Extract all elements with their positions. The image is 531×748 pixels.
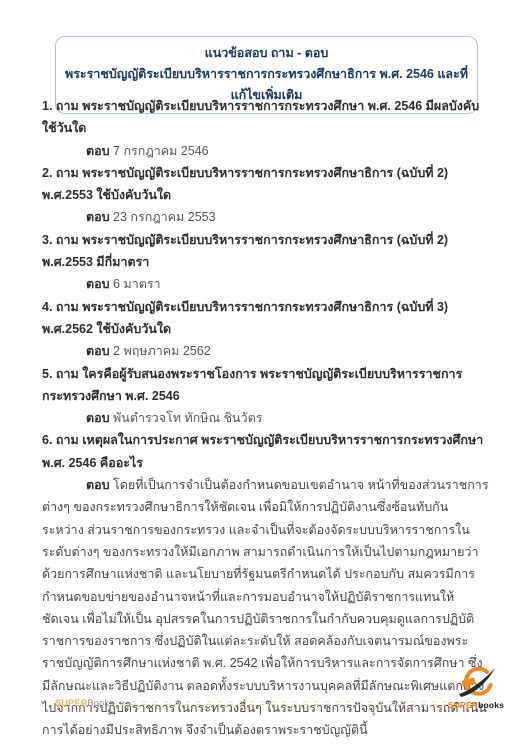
- answer-value: 23 กรกฎาคม 2553: [113, 210, 216, 224]
- question-text: 3. ถาม พระราชบัญญัติระเบียบบริหารราชการก…: [42, 229, 490, 274]
- question-text: 4. ถาม พระราชบัญญัติระเบียบบริหารราชการก…: [42, 296, 490, 341]
- footer-brand-line: SUPERBooks = = = = = = = = = = = = = = =…: [55, 698, 447, 708]
- footer-dashed-rule: = = = = = = = = = = = = = = = = = = = = …: [120, 698, 447, 708]
- answer-text: ตอบ 6 มาตรา: [42, 273, 490, 295]
- logo-text-super: SUPER: [448, 700, 478, 710]
- qa-item: 5. ถาม ใครคือผู้รับสนองพระราชโองการ พระร…: [42, 363, 490, 430]
- question-text: 5. ถาม ใครคือผู้รับสนองพระราชโองการ พระร…: [42, 363, 490, 408]
- footer-brand-super: SUPER: [55, 698, 88, 708]
- question-text: 1. ถาม พระราชบัญญัติระเบียบบริหารราชการก…: [42, 95, 490, 140]
- answer-label: ตอบ: [86, 210, 110, 224]
- logo-text-books: books: [478, 700, 504, 710]
- qa-item: 1. ถาม พระราชบัญญัติระเบียบบริหารราชการก…: [42, 95, 490, 162]
- answer-label: ตอบ: [86, 144, 110, 158]
- answer-text: ตอบ 23 กรกฎาคม 2553: [42, 206, 490, 228]
- answer-value: พันตำรวจโท ทักษิณ ชินวัตร: [113, 411, 262, 425]
- qa-item: 6. ถาม เหตุผลในการประกาศ พระราชบัญญัติระ…: [42, 429, 490, 741]
- answer-text: ตอบ 2 พฤษภาคม 2562: [42, 340, 490, 362]
- qa-item: 4. ถาม พระราชบัญญัติระเบียบบริหารราชการก…: [42, 296, 490, 363]
- answer-label: ตอบ: [86, 411, 110, 425]
- question-text: 6. ถาม เหตุผลในการประกาศ พระราชบัญญัติระ…: [42, 429, 490, 474]
- qa-item: 2. ถาม พระราชบัญญัติระเบียบบริหารราชการก…: [42, 162, 490, 229]
- answer-label: ตอบ: [86, 478, 110, 492]
- footer-brand-books: Books: [88, 698, 115, 708]
- answer-text: ตอบ 7 กรกฎาคม 2546: [42, 140, 490, 162]
- qa-item: 3. ถาม พระราชบัญญัติระเบียบบริหารราชการก…: [42, 229, 490, 296]
- answer-value: 2 พฤษภาคม 2562: [113, 344, 211, 358]
- answer-label: ตอบ: [86, 277, 110, 291]
- answer-label: ตอบ: [86, 344, 110, 358]
- answer-value: 7 กรกฎาคม 2546: [113, 144, 209, 158]
- answer-text: ตอบ พันตำรวจโท ทักษิณ ชินวัตร: [42, 407, 490, 429]
- question-text: 2. ถาม พระราชบัญญัติระเบียบบริหารราชการก…: [42, 162, 490, 207]
- header-title-line1: แนวข้อสอบ ถาม - ตอบ: [64, 43, 469, 64]
- qa-content: 1. ถาม พระราชบัญญัติระเบียบบริหารราชการก…: [42, 95, 490, 742]
- document-page: แนวข้อสอบ ถาม - ตอบ พระราชบัญญัติระเบียบ…: [0, 0, 531, 748]
- superbooks-logo: SUPERbooks: [445, 666, 507, 710]
- superbooks-logo-text: SUPERbooks: [445, 700, 507, 710]
- answer-value: 6 มาตรา: [113, 277, 161, 291]
- superbooks-swoosh-icon: [456, 666, 496, 700]
